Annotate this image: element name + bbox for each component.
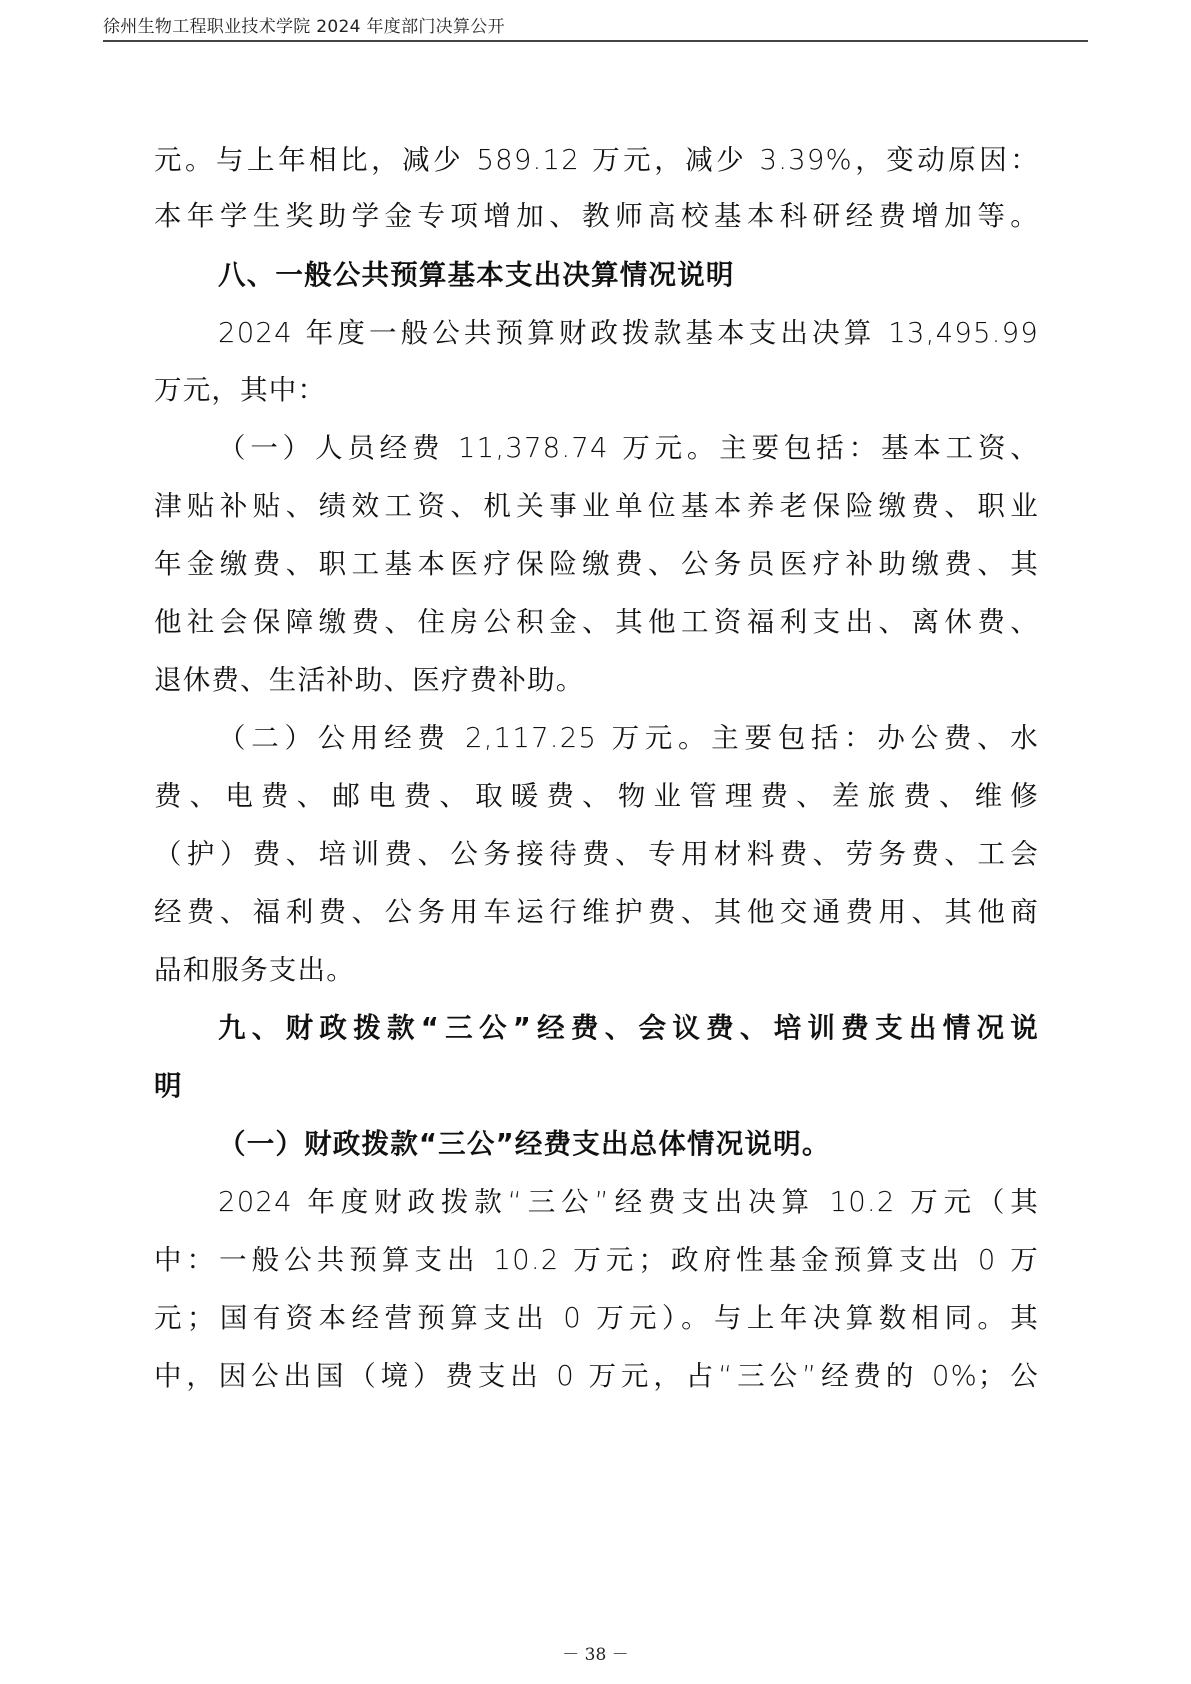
paragraph-line: 2024 年度一般公共预算财政拨款基本支出决算 13,495.99 bbox=[218, 320, 1039, 348]
paragraph-line: 元；国有资本经营预算支出 0 万元）。与上年决算数相同。其 bbox=[154, 1305, 1039, 1333]
paragraph-line: 中，因公出国（境）费支出 0 万元，占“三公”经费的 0%；公 bbox=[154, 1363, 1039, 1391]
section-heading: 八、一般公共预算基本支出决算情况说明 bbox=[218, 262, 1039, 290]
paragraph-line: 年金缴费、职工基本医疗保险缴费、公务员医疗补助缴费、其 bbox=[154, 551, 1039, 579]
paragraph-line: （护）费、培训费、公务接待费、专用材料费、劳务费、工会 bbox=[154, 841, 1039, 869]
section-heading-continued: 明 bbox=[154, 1073, 1039, 1101]
paragraph-line: 他社会保障缴费、住房公积金、其他工资福利支出、离休费、 bbox=[154, 609, 1039, 637]
paragraph-line: 津贴补贴、绩效工资、机关事业单位基本养老保险缴费、职业 bbox=[154, 493, 1039, 521]
paragraph-line: （二）公用经费 2,117.25 万元。主要包括：办公费、水 bbox=[218, 725, 1039, 753]
paragraph-line: 费、电费、邮电费、取暖费、物业管理费、差旅费、维修 bbox=[154, 783, 1039, 811]
paragraph-line: 万元，其中： bbox=[154, 377, 1039, 405]
header-rule bbox=[103, 40, 1088, 42]
subsection-heading: （一）财政拨款“三公”经费支出总体情况说明。 bbox=[218, 1131, 1039, 1159]
paragraph-line: 退休费、生活补助、医疗费补助。 bbox=[154, 667, 1039, 695]
paragraph-line: 2024 年度财政拨款“三公”经费支出决算 10.2 万元（其 bbox=[218, 1189, 1039, 1217]
paragraph-line: 中：一般公共预算支出 10.2 万元；政府性基金预算支出 0 万 bbox=[154, 1247, 1039, 1275]
paragraph-line: 经费、福利费、公务用车运行维护费、其他交通费用、其他商 bbox=[154, 899, 1039, 927]
paragraph-line: （一）人员经费 11,378.74 万元。主要包括：基本工资、 bbox=[218, 435, 1039, 463]
page-number: － 38 － bbox=[0, 1640, 1191, 1665]
section-heading: 九、财政拨款“三公”经费、会议费、培训费支出情况说 bbox=[218, 1015, 1039, 1043]
paragraph-line: 本年学生奖助学金专项增加、教师高校基本科研经费增加等。 bbox=[154, 203, 1039, 231]
paragraph-line: 元。与上年相比，减少 589.12 万元，减少 3.39%，变动原因： bbox=[154, 147, 1039, 175]
page-header-title: 徐州生物工程职业技术学院 2024 年度部门决算公开 bbox=[103, 12, 505, 37]
paragraph-line: 品和服务支出。 bbox=[154, 957, 1039, 985]
